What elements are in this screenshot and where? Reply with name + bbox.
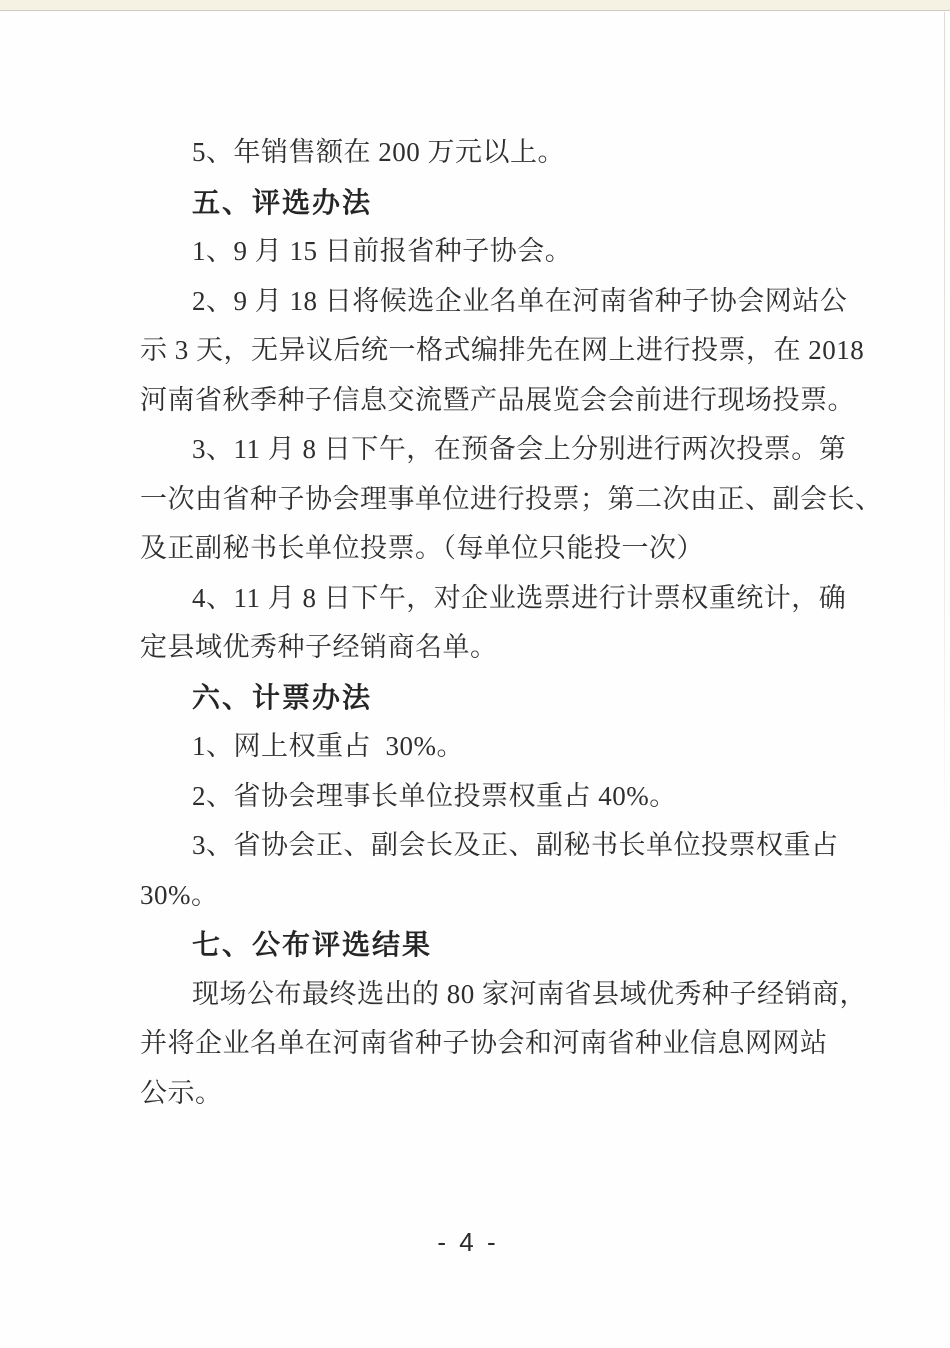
- text-line: 及正副秘书长单位投票。（每单位只能投一次）: [140, 524, 820, 574]
- text-line: 5、年销售额在 200 万元以上。: [140, 128, 820, 178]
- section-heading: 六、计票办法: [140, 673, 820, 723]
- section-heading: 五、评选办法: [140, 178, 820, 228]
- text-line: 3、11 月 8 日下午，在预备会上分别进行两次投票。第: [140, 425, 820, 475]
- scan-top-edge-band: [0, 0, 950, 11]
- text-line: 1、9 月 15 日前报省种子协会。: [140, 227, 820, 277]
- text-line: 示 3 天，无异议后统一格式编排先在网上进行投票，在 2018: [140, 326, 820, 376]
- text-line: 公示。: [140, 1069, 820, 1119]
- section-heading: 七、公布评选结果: [140, 920, 820, 970]
- text-line: 3、省协会正、副会长及正、副秘书长单位投票权重占: [140, 821, 820, 871]
- text-line: 1、网上权重占 30%。: [140, 722, 820, 772]
- text-line: 4、11 月 8 日下午，对企业选票进行计票权重统计，确: [140, 574, 820, 624]
- document-page: 5、年销售额在 200 万元以上。 五、评选办法 1、9 月 15 日前报省种子…: [0, 0, 950, 1348]
- document-body: 5、年销售额在 200 万元以上。 五、评选办法 1、9 月 15 日前报省种子…: [140, 128, 820, 1118]
- text-line: 一次由省种子协会理事单位进行投票；第二次由正、副会长、: [140, 475, 820, 525]
- text-line: 2、9 月 18 日将候选企业名单在河南省种子协会网站公: [140, 277, 820, 327]
- text-line: 2、省协会理事长单位投票权重占 40%。: [140, 772, 820, 822]
- text-line: 现场公布最终选出的 80 家河南省县域优秀种子经销商，: [140, 970, 820, 1020]
- text-line: 30%。: [140, 871, 820, 921]
- text-line: 河南省秋季种子信息交流暨产品展览会会前进行现场投票。: [140, 376, 820, 426]
- page-number: - 4 -: [0, 1222, 936, 1262]
- text-line: 定县域优秀种子经销商名单。: [140, 623, 820, 673]
- text-line: 并将企业名单在河南省种子协会和河南省种业信息网网站: [140, 1019, 820, 1069]
- scan-right-edge-line: [944, 12, 945, 852]
